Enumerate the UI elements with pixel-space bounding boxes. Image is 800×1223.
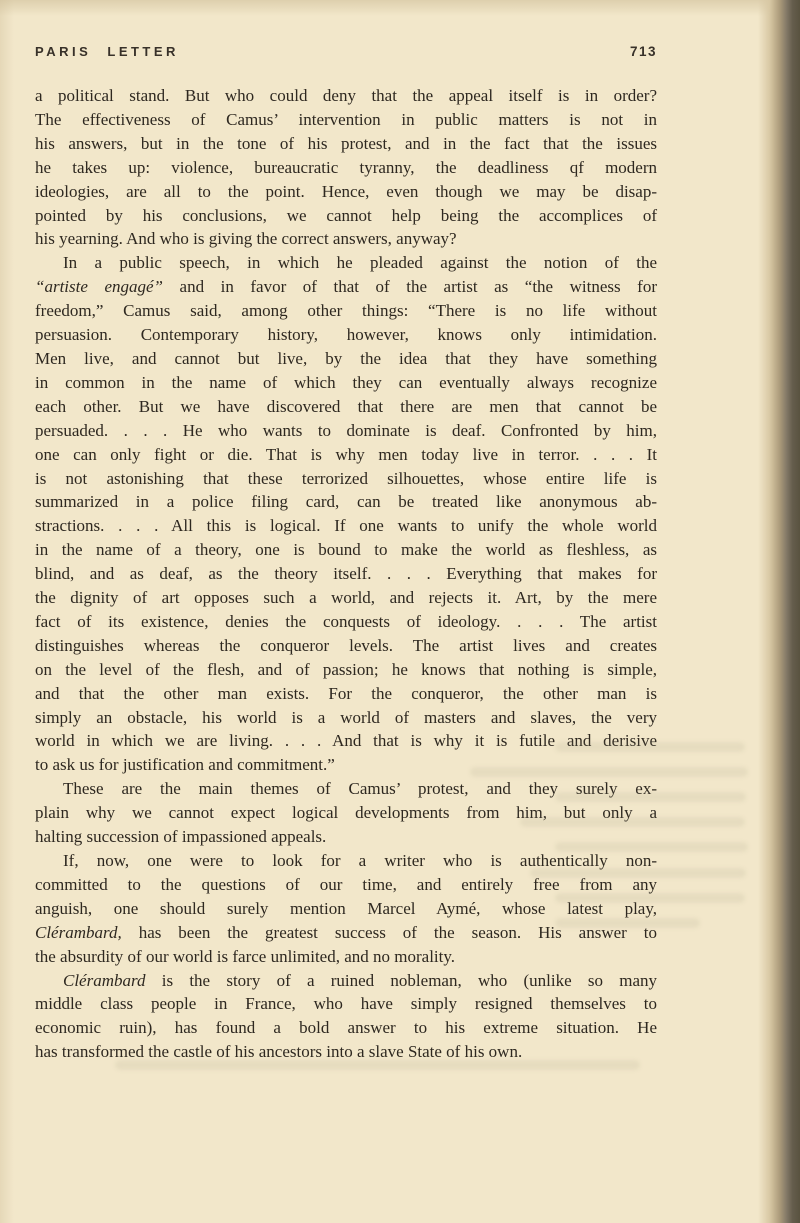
text-line: “artiste engagé” and in favor of that of…	[35, 275, 657, 299]
text-line: in common in the name of which they can …	[35, 371, 657, 395]
body-text: the absurdity of our world is farce unli…	[35, 947, 455, 966]
italic-text: “artiste engagé”	[35, 277, 163, 296]
body-text: persuaded. . . . He who wants to dominat…	[35, 421, 657, 440]
text-line: These are the main themes of Camus’ prot…	[35, 777, 657, 801]
text-line: his answers, but in the tone of his prot…	[35, 132, 657, 156]
text-line: Men live, and cannot but live, by the id…	[35, 347, 657, 371]
body-text: each other. But we have discovered that …	[35, 397, 657, 416]
text-line: The effectiveness of Camus’ intervention…	[35, 108, 657, 132]
text-line: one can only fight or die. That is why m…	[35, 443, 657, 467]
paragraph: Clérambard is the story of a ruined nobl…	[35, 969, 657, 1065]
text-line: the dignity of art opposes such a world,…	[35, 586, 657, 610]
paragraph: In a public speech, in which he pleaded …	[35, 251, 657, 777]
running-title: PARIS LETTER	[35, 44, 179, 59]
body-text: These are the main themes of Camus’ prot…	[63, 779, 657, 798]
body-text: In a public speech, in which he pleaded …	[63, 253, 657, 272]
text-line: fact of its existence, denies the conque…	[35, 610, 657, 634]
body-text: If, now, one were to look for a writer w…	[63, 851, 657, 870]
text-line: Clérambard, has been the greatest succes…	[35, 921, 657, 945]
text-line: and that the other man exists. For the c…	[35, 682, 657, 706]
italic-text: Clérambard	[63, 971, 146, 990]
text-line: simply an obstacle, his world is a world…	[35, 706, 657, 730]
body-text: world in which we are living. . . . And …	[35, 731, 657, 750]
text-line: his yearning. And who is giving the corr…	[35, 227, 657, 251]
book-binding-edge	[758, 0, 800, 1223]
text-line: blind, and as deaf, as the theory itself…	[35, 562, 657, 586]
body-text: the dignity of art opposes such a world,…	[35, 588, 657, 607]
text-line: the absurdity of our world is farce unli…	[35, 945, 657, 969]
text-line: economic ruin), has found a bold answer …	[35, 1016, 657, 1040]
body-text: blind, and as deaf, as the theory itself…	[35, 564, 657, 583]
body-text: freedom,” Camus said, among other things…	[35, 301, 657, 320]
text-line: In a public speech, in which he pleaded …	[35, 251, 657, 275]
text-line: he takes up: violence, bureaucratic tyra…	[35, 156, 657, 180]
text-line: persuasion. Contemporary history, howeve…	[35, 323, 657, 347]
text-line: committed to the questions of our time, …	[35, 873, 657, 897]
text-line: on the level of the flesh, and of passio…	[35, 658, 657, 682]
body-text: plain why we cannot expect logical devel…	[35, 803, 657, 822]
text-line: freedom,” Camus said, among other things…	[35, 299, 657, 323]
text-line: a political stand. But who could deny th…	[35, 84, 657, 108]
body-text: in common in the name of which they can …	[35, 373, 657, 392]
text-line: world in which we are living. . . . And …	[35, 729, 657, 753]
body-text: is the story of a ruined nobleman, who (…	[146, 971, 658, 990]
text-line: middle class people in France, who have …	[35, 992, 657, 1016]
text-line: has transformed the castle of his ancest…	[35, 1040, 657, 1064]
body-text: has transformed the castle of his ancest…	[35, 1042, 522, 1061]
body-text: fact of its existence, denies the conque…	[35, 612, 657, 631]
text-line: in the name of a theory, one is bound to…	[35, 538, 657, 562]
body-text: and that the other man exists. For the c…	[35, 684, 657, 703]
body-text: anguish, one should surely mention Marce…	[35, 899, 657, 918]
text-line: each other. But we have discovered that …	[35, 395, 657, 419]
body-text: is not astonishing that these terrorized…	[35, 469, 657, 488]
body-text: has been the greatest success of the sea…	[122, 923, 657, 942]
text-line: to ask us for justification and commitme…	[35, 753, 657, 777]
paragraph: If, now, one were to look for a writer w…	[35, 849, 657, 969]
body-text: distinguishes whereas the conqueror leve…	[35, 636, 657, 655]
body-text: to ask us for justification and commitme…	[35, 755, 335, 774]
text-block: a political stand. But who could deny th…	[35, 84, 657, 1064]
body-text: halting succession of impassioned appeal…	[35, 827, 326, 846]
text-line: anguish, one should surely mention Marce…	[35, 897, 657, 921]
text-line: If, now, one were to look for a writer w…	[35, 849, 657, 873]
text-line: ideologies, are all to the point. Hence,…	[35, 180, 657, 204]
italic-text: Clérambard,	[35, 923, 122, 942]
body-text: economic ruin), has found a bold answer …	[35, 1018, 657, 1037]
body-text: middle class people in France, who have …	[35, 994, 657, 1013]
body-text: a political stand. But who could deny th…	[35, 86, 657, 105]
body-text: ideologies, are all to the point. Hence,…	[35, 182, 657, 201]
body-text: pointed by his conclusions, we cannot he…	[35, 206, 657, 225]
body-text: on the level of the flesh, and of passio…	[35, 660, 657, 679]
body-text: his yearning. And who is giving the corr…	[35, 229, 457, 248]
body-text: in the name of a theory, one is bound to…	[35, 540, 657, 559]
body-text: committed to the questions of our time, …	[35, 875, 657, 894]
body-text: Men live, and cannot but live, by the id…	[35, 349, 657, 368]
body-text: he takes up: violence, bureaucratic tyra…	[35, 158, 657, 177]
paragraph: These are the main themes of Camus’ prot…	[35, 777, 657, 849]
body-text: persuasion. Contemporary history, howeve…	[35, 325, 657, 344]
text-line: summarized in a police filing card, can …	[35, 490, 657, 514]
body-text: one can only fight or die. That is why m…	[35, 445, 657, 464]
text-line: is not astonishing that these terrorized…	[35, 467, 657, 491]
body-text: his answers, but in the tone of his prot…	[35, 134, 657, 153]
text-line: plain why we cannot expect logical devel…	[35, 801, 657, 825]
body-text: and in favor of that of the artist as “t…	[163, 277, 657, 296]
body-text: simply an obstacle, his world is a world…	[35, 708, 657, 727]
paragraph: a political stand. But who could deny th…	[35, 84, 657, 251]
text-line: Clérambard is the story of a ruined nobl…	[35, 969, 657, 993]
text-line: distinguishes whereas the conqueror leve…	[35, 634, 657, 658]
text-line: stractions. . . . All this is logical. I…	[35, 514, 657, 538]
body-text: summarized in a police filing card, can …	[35, 492, 657, 511]
text-line: pointed by his conclusions, we cannot he…	[35, 204, 657, 228]
page-number: 713	[630, 44, 657, 59]
scanned-book-page: PARIS LETTER 713 a political stand. But …	[0, 0, 800, 1223]
body-text: The effectiveness of Camus’ intervention…	[35, 110, 657, 129]
body-text: stractions. . . . All this is logical. I…	[35, 516, 657, 535]
text-line: persuaded. . . . He who wants to dominat…	[35, 419, 657, 443]
text-line: halting succession of impassioned appeal…	[35, 825, 657, 849]
running-header: PARIS LETTER 713	[35, 44, 657, 59]
